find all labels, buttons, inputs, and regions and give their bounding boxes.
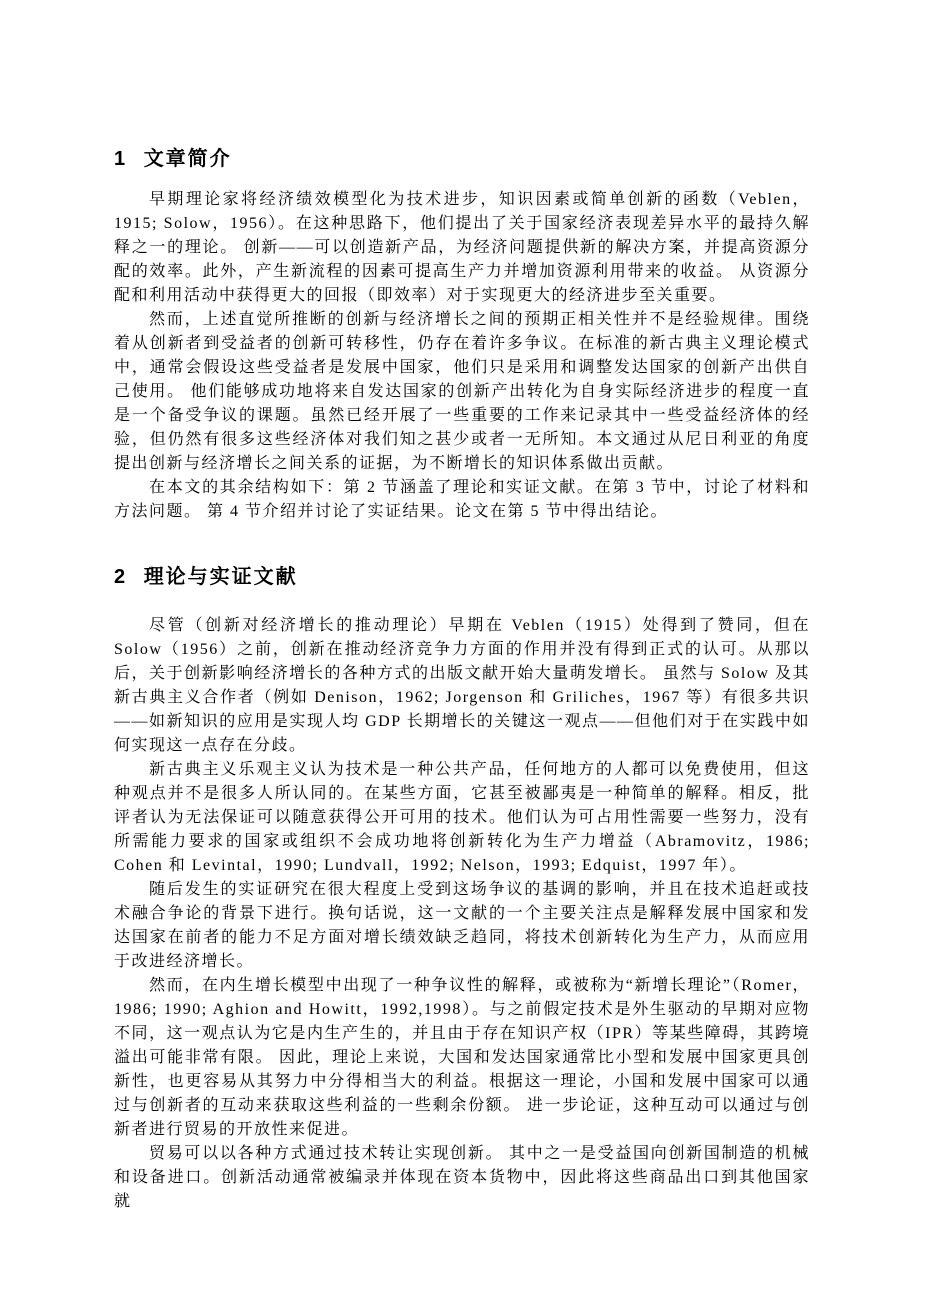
- paragraph: 早期理论家将经济绩效模型化为技术进步，知识因素或简单创新的函数（Veblen，1…: [114, 188, 810, 308]
- paragraph: 然而，在内生增长模型中出现了一种争议性的解释，或被称为“新增长理论”（Romer…: [114, 974, 810, 1142]
- paragraph: 随后发生的实证研究在很大程度上受到这场争议的基调的影响，并且在技术追赶或技术融合…: [114, 878, 810, 974]
- paragraph: 然而，上述直觉所推断的创新与经济增长之间的预期正相关性并不是经验规律。围绕着从创…: [114, 308, 810, 476]
- section-2-heading: 2 理论与实证文献: [114, 564, 810, 590]
- section-1-heading: 1 文章简介: [114, 146, 810, 172]
- section-1-title: 文章简介: [144, 148, 232, 170]
- section-2-number: 2: [114, 566, 125, 588]
- paragraph: 新古典主义乐观主义认为技术是一种公共产品，任何地方的人都可以免费使用，但这种观点…: [114, 758, 810, 878]
- document-page: 1 文章简介 早期理论家将经济绩效模型化为技术进步，知识因素或简单创新的函数（V…: [0, 0, 926, 1309]
- section-2-title: 理论与实证文献: [144, 566, 298, 588]
- section-1-number: 1: [114, 148, 125, 170]
- paragraph: 贸易可以以各种方式通过技术转让实现创新。 其中之一是受益国向创新国制造的机械和设…: [114, 1142, 810, 1214]
- paragraph: 在本文的其余结构如下：第 2 节涵盖了理论和实证文献。在第 3 节中，讨论了材料…: [114, 476, 810, 524]
- section-introduction: 1 文章简介 早期理论家将经济绩效模型化为技术进步，知识因素或简单创新的函数（V…: [114, 146, 810, 524]
- section-literature: 2 理论与实证文献 尽管（创新对经济增长的推动理论）早期在 Veblen（191…: [114, 564, 810, 1214]
- paragraph: 尽管（创新对经济增长的推动理论）早期在 Veblen（1915）处得到了赞同，但…: [114, 614, 810, 758]
